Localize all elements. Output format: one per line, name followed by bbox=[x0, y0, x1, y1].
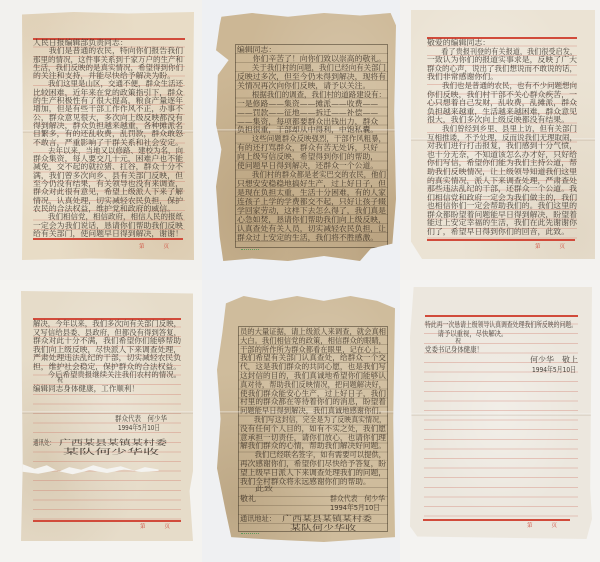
handwritten-line: 群众过上安定的生活，我们将不胜感激。 bbox=[237, 234, 378, 243]
address-line: 某队何少华收 bbox=[290, 524, 356, 533]
red-margin-line-top bbox=[425, 315, 578, 317]
letter-page-3: 敬爱的编辑同志： 看了贵报刊登的有关报道，我们很受启发，一致认为你们的报道实事求… bbox=[411, 10, 595, 259]
letter-page-4: 解决，今年以来，我们多次向有关部门反映，又写信给县委、县政府，但都没有得到答复，… bbox=[21, 291, 193, 541]
letter-body: 编辑同志： 你们辛苦了！向你们致以崇高的敬礼。 关于我们村的问题，我们已经向有关… bbox=[237, 46, 386, 243]
red-margin-line-bottom bbox=[427, 239, 575, 241]
red-margin-line-bottom bbox=[423, 519, 570, 521]
handwritten-line: 特此再一次恳请上级领导认真调查处理我们所反映的问题。 bbox=[425, 320, 577, 329]
body-lines: 员的大量证据，请上级派人来调查，就会真相大白。我们相信党的政策，相信群众的眼睛，… bbox=[240, 328, 386, 486]
body-lines: 解决，今年以来，我们多次向有关部门反映，又写信给县委、县政府，但都没有得到答复，… bbox=[33, 320, 181, 380]
printed-paper-mark bbox=[241, 249, 259, 251]
page-number-field: 第 页 bbox=[527, 523, 557, 529]
fold-crease bbox=[410, 413, 592, 416]
handwritten-line: 请予以重视，尽快解决。 bbox=[425, 329, 507, 338]
letter-body: 人民日报编辑部负责同志： 我们是普通的农民，特向你们报告我们那里的情况，这件事关… bbox=[33, 39, 183, 238]
page-label-prefix: 第 bbox=[140, 524, 146, 530]
address-label: 通讯处： bbox=[33, 439, 55, 448]
closing-line: 编辑同志身体健康，工作顺利！ bbox=[33, 385, 139, 394]
body-lines: 我们是普通的农民，特向你们报告我们那里的情况，这件事关系到千家万户的生产和生活，… bbox=[33, 47, 183, 238]
page-number-field: 第 页 bbox=[140, 524, 170, 530]
closing-salute: 敬礼 bbox=[240, 495, 256, 504]
body-lines: 看了贵报刊登的有关报道，我们很受启发，一致认为你们的报道实事求是，反映了广大群众… bbox=[427, 48, 577, 237]
page-number-field: 第 页 bbox=[139, 244, 169, 250]
signature-name: 何少华 敬上 bbox=[530, 356, 578, 365]
closing-line: 党委书记身体健康！ bbox=[425, 346, 483, 355]
letter-page-5: 员的大量证据，请上级派人来调查，就会真相大白。我们相信党的政策，相信群众的眼睛，… bbox=[217, 296, 395, 542]
page-label-suffix: 页 bbox=[551, 523, 557, 529]
handwritten-line: 给有关部门，使问题早日得到解决，谢谢！ bbox=[33, 230, 183, 238]
page-label-prefix: 第 bbox=[139, 244, 145, 250]
fold-crease bbox=[21, 411, 193, 414]
address-label: 通讯地址： bbox=[240, 515, 276, 524]
page-label-prefix: 第 bbox=[527, 523, 533, 529]
page-number-field: 第 页 bbox=[535, 244, 565, 250]
letter-body: 敬爱的编辑同志： 看了贵报刊登的有关报道，我们很受启发，一致认为你们的报道实事求… bbox=[427, 39, 577, 237]
letter-page-2: 编辑同志： 你们辛苦了！向你们致以崇高的敬礼。 关于我们村的问题，我们已经向有关… bbox=[216, 13, 396, 261]
letter-body: 员的大量证据，请上级派人来调查，就会真相大白。我们相信党的政策，相信群众的眼睛，… bbox=[240, 328, 386, 486]
closing-phrase: 此致 bbox=[255, 486, 273, 495]
address-line: 某队何少华收 bbox=[63, 448, 159, 457]
page-label-suffix: 页 bbox=[559, 244, 565, 250]
page-label-suffix: 页 bbox=[164, 524, 170, 530]
handwritten-line: 们了，希望早日得到你们的回音，此致。 bbox=[427, 228, 569, 237]
letter-body: 特此再一次恳请上级领导认真调查处理我们所反映的问题。 请予以重视，尽快解决。 bbox=[425, 320, 577, 338]
red-margin-line-bottom bbox=[33, 238, 183, 240]
body-lines: 特此再一次恳请上级领导认真调查处理我们所反映的问题。 请予以重视，尽快解决。 bbox=[425, 320, 577, 338]
page-label-prefix: 第 bbox=[535, 244, 541, 250]
signature-date: 1994年5月10日 bbox=[118, 424, 160, 433]
page-label-suffix: 页 bbox=[163, 244, 169, 250]
red-margin-line-bottom bbox=[33, 520, 181, 522]
handwritten-line: 今后希望贵报继续关注我们农村的情况。 bbox=[33, 371, 181, 380]
letter-page-6: 特此再一次恳请上级领导认真调查处理我们所反映的问题。 请予以重视，尽快解决。 祝… bbox=[410, 287, 592, 539]
letter-body: 解决，今年以来，我们多次向有关部门反映，又写信给县委、县政府，但都没有得到答复，… bbox=[33, 320, 181, 380]
printed-paper-mark bbox=[241, 533, 259, 535]
letter-page-1: 人民日报编辑部负责同志： 我们是普通的农民，特向你们报告我们那里的情况，这件事关… bbox=[22, 12, 194, 260]
signature-date: 1994年5月10日 bbox=[532, 366, 576, 375]
signature-date: 1994年5月10日 bbox=[330, 504, 380, 513]
body-lines: 你们辛苦了！向你们致以崇高的敬礼。 关于我们村的问题，我们已经向有关部门反映过多… bbox=[237, 55, 386, 243]
